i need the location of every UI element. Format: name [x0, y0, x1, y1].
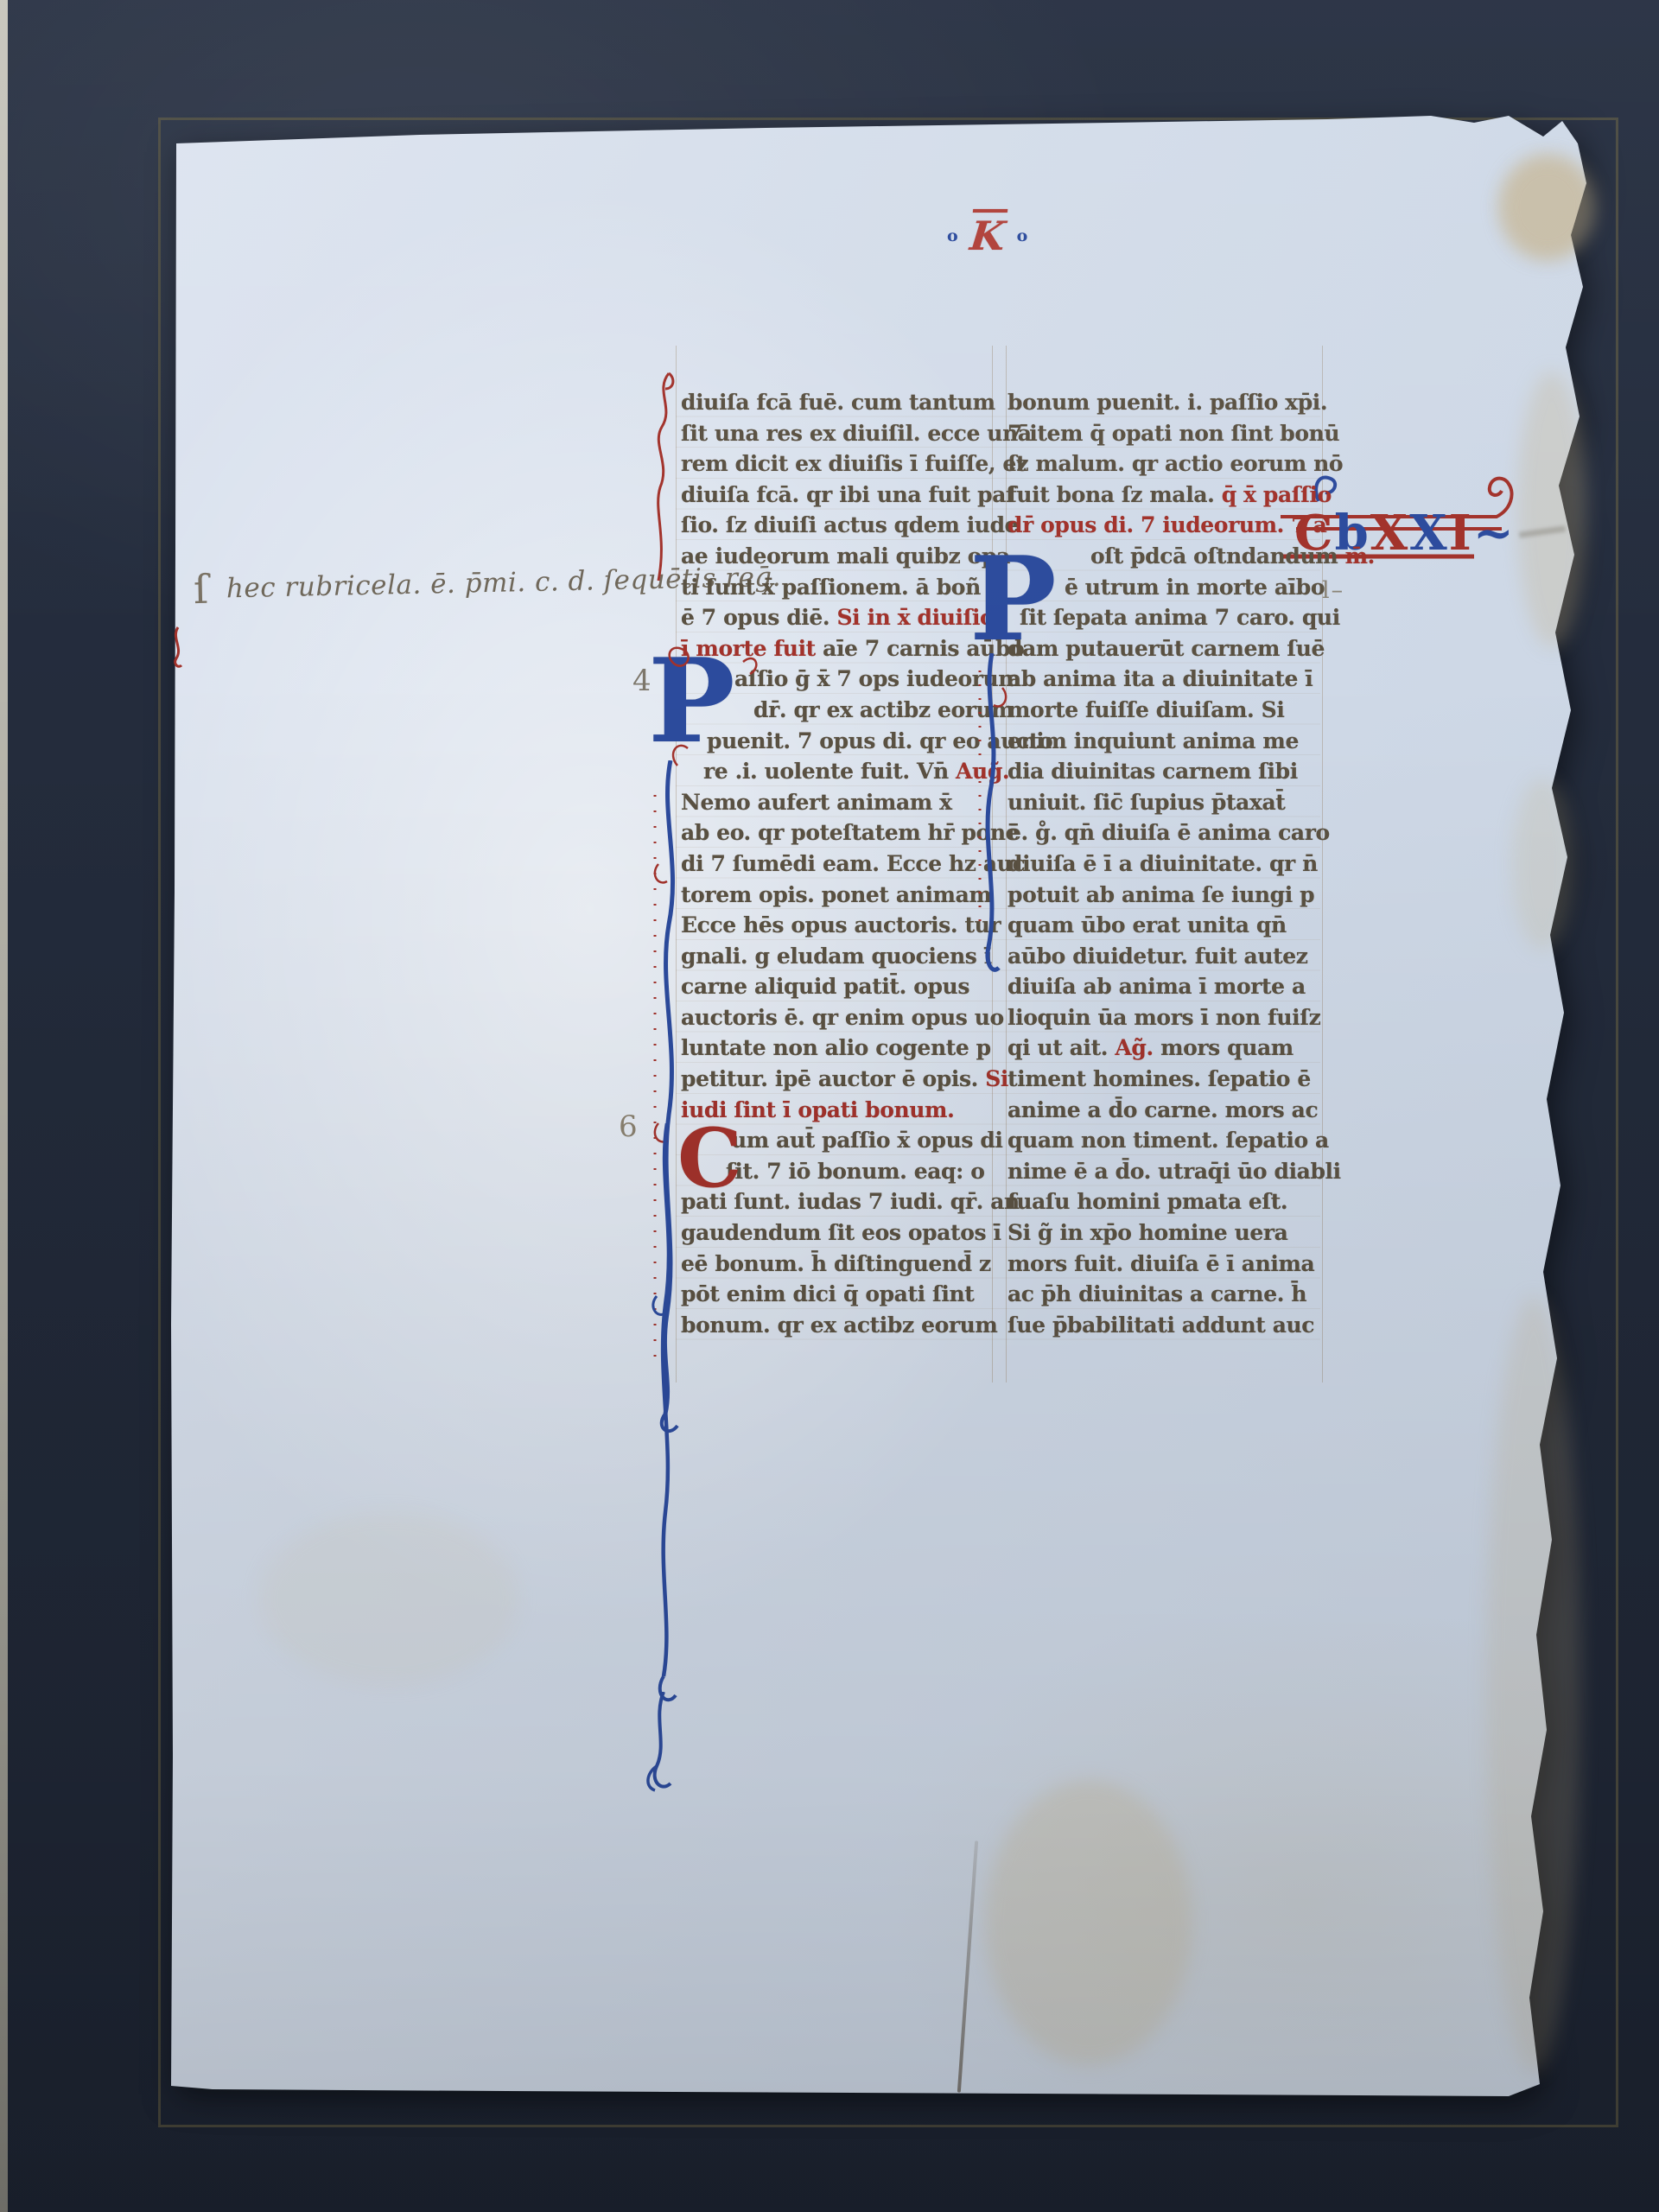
- text-line: ē 7 opus diē. Si in x̄ diuiſio: [681, 602, 995, 633]
- text-line: ab eo. qr poteſtatem hr̄ ponē: [681, 817, 995, 849]
- text-line: diuiſa ab anima ī morte a: [1007, 971, 1322, 1002]
- text-line: mors fuit. diuiſa ē ī anima: [1007, 1249, 1322, 1280]
- margin-numeral-6: 6: [619, 1109, 638, 1144]
- text-line: ab anima ita a diuinitate ī: [1007, 664, 1322, 695]
- text-line: ſue p̄babilitati addunt auc: [1007, 1310, 1322, 1341]
- text-line: timent homines. ſepatio ē: [1007, 1064, 1322, 1095]
- stain: [1517, 372, 1586, 648]
- text-line: 7 item q̄ opati non ſint bonū: [1007, 418, 1322, 449]
- text-line: ſuaſu homini pmata eſt.: [1007, 1186, 1322, 1217]
- text-line: ē. g̊. qn̄ diuiſa ē anima caro: [1007, 817, 1322, 849]
- text-line: diuiſa ē ī a diuinitate. qr n̄: [1007, 849, 1322, 880]
- text-line: diuiſa fcā fuē. cum tantum: [681, 387, 995, 418]
- text-line: ae iudeorum mali quibz opa: [681, 541, 995, 572]
- text-line: ſit una res ex diuiſil. ecce unā: [681, 418, 995, 449]
- stain: [1486, 1296, 1581, 2074]
- photo-edge-strip: [0, 0, 8, 2212]
- text-line: gnali. g eludam quociens ī: [681, 941, 995, 972]
- text-line: eē bonum. h̄ diſtinguend̄ z: [681, 1249, 995, 1280]
- stain: [259, 1512, 518, 1685]
- text-line: bonum. qr ex actibz eorum: [681, 1310, 995, 1341]
- text-line: ti ſunt x̄ paſſionem. ā boñ: [681, 572, 995, 603]
- text-line: uniuit. ſic̄ ſupius p̄taxat̄: [1007, 787, 1322, 818]
- penwork-blue-end-curl: [638, 1692, 676, 1796]
- text-line: aūbo diuidetur. fuit autez: [1007, 941, 1322, 972]
- text-line: Nemo aufert animam x̄: [681, 787, 995, 818]
- text-line: ſio. ſz diuiſi actus qdem iude: [681, 510, 995, 541]
- text-line: rem dicit ex diuiſis ī fuiſſe, et: [681, 448, 995, 480]
- text-line: petitur. ipē auctor ē opis. Si: [681, 1064, 995, 1095]
- paraph-mark: ſ: [194, 566, 210, 613]
- text-line: fuit bona ſz mala. q̄ x̄ paſſio: [1007, 480, 1322, 511]
- penwork-blue-descender-C-col1: [650, 1123, 684, 1728]
- plummet-note: l–: [1322, 577, 1344, 604]
- text-line: gaudendum ſit eos opatos ī: [681, 1217, 995, 1249]
- text-line: anime a d̄o carne. mors ac: [1007, 1095, 1322, 1126]
- red-edge-tick: [169, 626, 187, 671]
- header-flank-dot: o: [947, 226, 958, 245]
- text-line: ac p̄h diuinitas a carne. h̄: [1007, 1279, 1322, 1310]
- text-line: potuit ab anima ſe iungi p: [1007, 880, 1322, 911]
- text-line: nime ē a d̄o. utraq̄i ūo diabli: [1007, 1156, 1322, 1187]
- chapter-letter: I: [1449, 505, 1473, 562]
- initial-P-col2: P: [969, 541, 1057, 657]
- text-line: Ecce hēs opus auctoris. tur: [681, 910, 995, 941]
- text-line: quam ūbo erat unita qn̄: [1007, 910, 1322, 941]
- header-flank-dot: o: [1017, 226, 1028, 245]
- header-letter: K: [968, 213, 1007, 259]
- stain: [1500, 156, 1595, 259]
- manuscript-photo: o K o ſ hec rubricela. ē. p̄mi. c. d. ſe…: [0, 0, 1659, 2212]
- penwork-red-top-col1: [646, 370, 681, 586]
- chapter-letter: X: [1409, 505, 1448, 562]
- text-line: di 7 ſumēdi eam. Ecce hz auc: [681, 849, 995, 880]
- text-line: auctoris ē. qr enim opus uo: [681, 1002, 995, 1033]
- text-line: bonum puenit. i. paſſio xp̄i.: [1007, 387, 1322, 418]
- running-header-mark: o K o: [947, 213, 1027, 259]
- chapter-letter: X: [1370, 505, 1409, 562]
- text-line: diuiſa fcā. qr ibi una fuit paſ: [681, 480, 995, 511]
- stain: [1512, 778, 1573, 950]
- text-line: morte fuiſſe diuiſam. Si: [1007, 695, 1322, 726]
- chapter-letter: ~: [1473, 505, 1516, 562]
- text-line: quam non timent. ſepatio a: [1007, 1125, 1322, 1156]
- text-line: torem opis. ponet animam: [681, 880, 995, 911]
- text-line: carne aliquid patit̄. opus: [681, 971, 995, 1002]
- text-line: ſz malum. qr actio eorum nō: [1007, 448, 1322, 480]
- text-line: enim inquiunt anima me: [1007, 726, 1322, 757]
- text-line: Si g̃ in xp̄o homine uera: [1007, 1217, 1322, 1249]
- text-line: pōt enim dici q̄ opati ſint: [681, 1279, 995, 1310]
- text-line: qi ut ait. Ag̃. mors quam: [1007, 1033, 1322, 1064]
- text-line: dia diuinitas carnem ſibi: [1007, 756, 1322, 787]
- text-line: lioquin ūa mors ī non fuiſz: [1007, 1002, 1322, 1033]
- text-line: luntate non alio cogente p: [681, 1033, 995, 1064]
- penwork-blue-descender-P-col2: [973, 653, 1011, 982]
- stain: [985, 1780, 1192, 2065]
